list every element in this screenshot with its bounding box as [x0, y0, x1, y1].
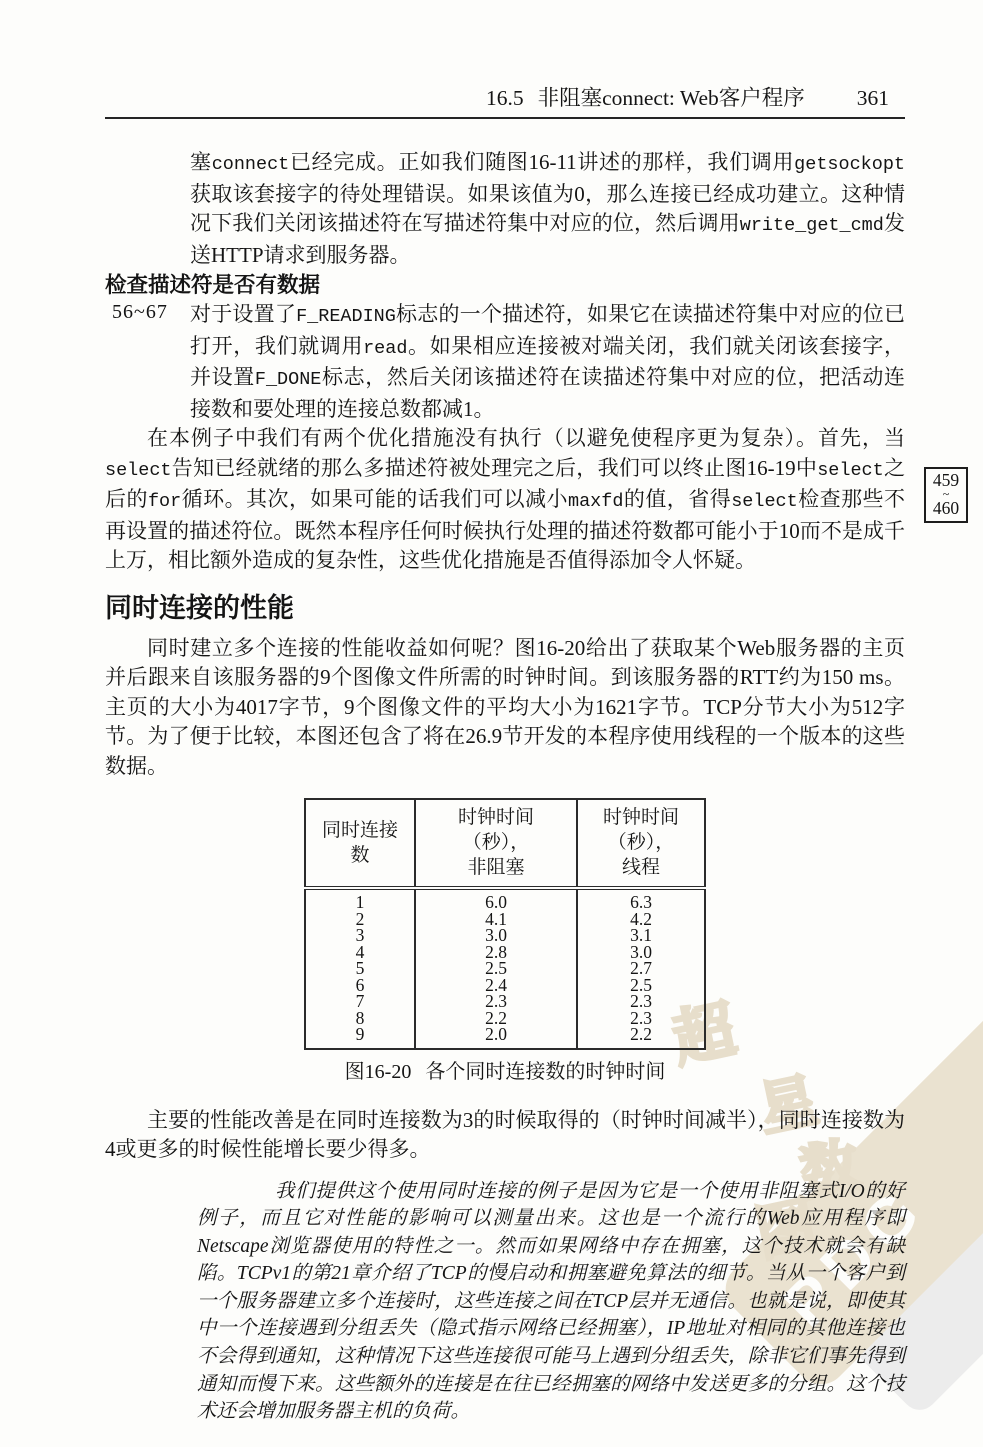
text-run: 的值，省得 [623, 487, 731, 511]
running-head-section-number: 16.5 [486, 86, 524, 110]
text-run: 告知已经就绪的那么多描述符被处理完之后，我们可以终止图16-19中 [172, 456, 818, 480]
section-heading-performance: 同时连接的性能 [105, 591, 905, 625]
paragraph-f-reading: 对于设置了F_READING标志的一个描述符，如果它在读描述符集中对应的位已打开… [190, 300, 905, 424]
paragraph-connect-complete: 塞connect已经完成。正如我们随图16-11讲述的那样，我们调用getsoc… [190, 148, 905, 270]
text-column: 16.5 非阻塞connect: Web客户程序 361 塞connect已经完… [105, 86, 905, 1426]
margin-page-indicator: 459 ~ 460 [924, 467, 968, 523]
paragraph-main-improvement: 主要的性能改善是在同时连接数为3的时候取得的（时钟时间减半），同时连接数为4或更… [105, 1106, 905, 1165]
inline-code: select [817, 460, 884, 481]
inline-code: write_get_cmd [740, 215, 884, 236]
figure-table: 同时连接数时钟时间（秒），非阻塞时钟时间（秒），线程 16.06.324.14.… [304, 798, 706, 1050]
text-run: 循环。其次，如果可能的话我们可以减小 [181, 487, 568, 511]
table-cell: 6.3 [577, 888, 705, 911]
inline-code: getsockopt [794, 154, 905, 175]
table-header-cell: 同时连接数 [305, 799, 415, 888]
margin-page-bottom: 460 [933, 498, 959, 518]
table-cell: 1 [305, 888, 415, 911]
header-rule [105, 117, 905, 119]
text-run: 已经完成。正如我们随图16-11讲述的那样，我们调用 [289, 150, 794, 174]
inline-code: read [363, 338, 407, 359]
table-header-cell: 时钟时间（秒），线程 [577, 799, 705, 888]
running-head: 16.5 非阻塞connect: Web客户程序 361 [105, 86, 905, 110]
table-header-row: 同时连接数时钟时间（秒），非阻塞时钟时间（秒），线程 [305, 799, 705, 888]
inline-code: connect [212, 154, 290, 175]
table-cell: 6.0 [415, 888, 577, 911]
page-number: 361 [857, 86, 889, 110]
table-row: 92.02.2 [305, 1026, 705, 1049]
table-cell: 2.2 [577, 1026, 705, 1049]
paragraph-figure-intro: 同时建立多个连接的性能收益如何呢？图16-20给出了获取某个Web服务器的主页并… [105, 634, 905, 782]
table-header-cell: 时钟时间（秒），非阻塞 [415, 799, 577, 888]
inline-code: select [105, 460, 172, 481]
figure-caption-label: 图16-20 [345, 1061, 412, 1083]
inline-code: maxfd [568, 491, 623, 512]
inline-code: select [731, 491, 798, 512]
text-run: 对于设置了 [190, 302, 296, 326]
table-cell: 9 [305, 1026, 415, 1049]
table-cell: 2.0 [415, 1026, 577, 1049]
inline-code: F_READING [296, 306, 396, 327]
figure-caption-text: 各个同时连接数的时钟时间 [425, 1061, 665, 1083]
text-run: 在本例子中我们有两个优化措施没有执行（以避免使程序更为复杂）。首先，当 [147, 426, 905, 450]
text-run: 塞 [190, 150, 212, 174]
petit-note-paragraph: 我们提供这个使用同时连接的例子是因为它是一个使用非阻塞式I/O的好例子，而且它对… [197, 1178, 905, 1426]
figure-caption: 图16-20各个同时连接数的时钟时间 [105, 1059, 905, 1085]
source-line-range: 56~67 [112, 301, 168, 324]
annotated-paragraph: 56~67 对于设置了F_READING标志的一个描述符，如果它在读描述符集中对… [190, 300, 905, 424]
inline-code: F_DONE [255, 369, 322, 390]
book-page: PDG 超星数图 16.5 非阻塞connect: Web客户程序 361 塞c… [0, 0, 983, 1447]
table-row: 16.06.3 [305, 888, 705, 911]
runin-heading-check-descriptor: 检查描述符是否有数据 [105, 270, 905, 300]
inline-code: for [148, 491, 181, 512]
running-head-title: 非阻塞connect: Web客户程序 [538, 86, 805, 110]
paragraph-optimizations: 在本例子中我们有两个优化措施没有执行（以避免使程序更为复杂）。首先，当selec… [105, 424, 905, 576]
